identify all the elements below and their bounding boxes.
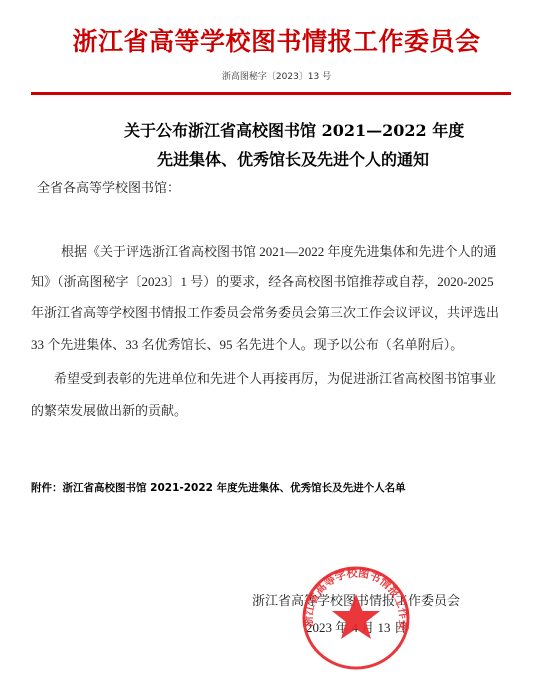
paragraph-2-line-2: 的繁荣发展做出新的贡献。	[31, 400, 187, 419]
paragraph-1-line-2: 知》（浙高图秘字〔2023〕1 号）的要求，经各高校图书馆推荐或自荐，2020-…	[31, 271, 494, 290]
salutation: 全省各高等学校图书馆：	[37, 177, 180, 196]
star-icon	[332, 594, 380, 639]
paragraph-1-line-3: 年浙江省高等学校图书情报工作委员会常务委员会第三次工作会议评议，共评选出	[31, 302, 499, 321]
document-number: 浙高图秘字〔2023〕13 号	[0, 69, 553, 82]
paragraph-1-line-4: 33 个先进集体、33 名优秀馆长、95 名先进个人。现予以公布（名单附后）。	[31, 334, 463, 353]
notice-title-line-1: 关于公布浙江省高校图书馆 2021—2022 年度	[124, 118, 464, 141]
notice-title-line-2: 先进集体、优秀馆长及先进个人的通知	[157, 147, 429, 170]
attachment-note: 附件：浙江省高校图书馆 2021-2022 年度先进集体、优秀馆长及先进个人名单	[31, 480, 406, 495]
official-seal-icon: 浙江省高等学校图书情报工作委员会	[295, 560, 417, 674]
paragraph-2-line-1: 希望受到表彰的先进单位和先进个人再接再厉，为促进浙江省高校图书馆事业	[54, 368, 496, 387]
red-divider	[31, 92, 511, 95]
organization-title: 浙江省高等学校图书情报工作委员会	[0, 22, 553, 58]
paragraph-1-line-1: 根据《关于评选浙江省高校图书馆 2021—2022 年度先进集体和先进个人的通	[61, 241, 497, 260]
